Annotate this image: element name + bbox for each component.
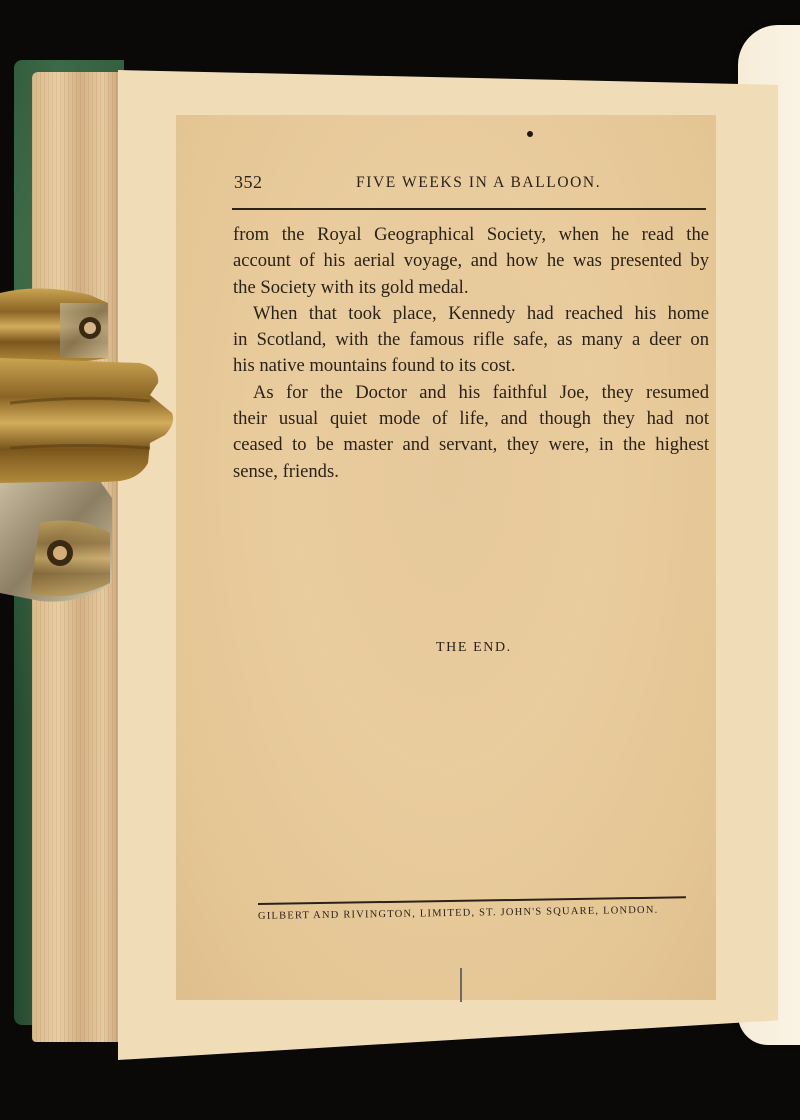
ink-speck [527,131,533,137]
text-line: his native mountains found to its cost. [233,353,709,379]
text-line: from the Royal Geographical Society, whe… [233,222,709,248]
text-line: As for the Doctor and his faithful Joe, … [233,380,709,406]
text-line: in Scotland, with the famous rifle safe,… [233,327,709,353]
text-line: account of his aerial voyage, and how he… [233,248,709,274]
running-title: FIVE WEEKS IN A BALLOON. [356,174,601,192]
page-number: 352 [234,172,263,193]
paragraph-1: from the Royal Geographical Society, whe… [233,222,709,301]
pencil-mark [460,968,462,1002]
text-line: the Society with its gold medal. [233,275,709,301]
page-header: 352 FIVE WEEKS IN A BALLOON. [234,172,706,194]
text-line: their usual quiet mode of life, and thou… [233,406,709,432]
header-rule [232,208,706,210]
text-line: ceased to be master and servant, they we… [233,432,709,458]
brass-clasp-icon [0,283,175,605]
text-line: When that took place, Kennedy had reache… [233,301,709,327]
paragraph-2: When that took place, Kennedy had reache… [233,301,709,380]
body-text: from the Royal Geographical Society, whe… [233,222,709,485]
text-line: sense, friends. [233,459,709,485]
the-end-heading: THE END. [436,640,512,656]
paragraph-3: As for the Doctor and his faithful Joe, … [233,380,709,485]
